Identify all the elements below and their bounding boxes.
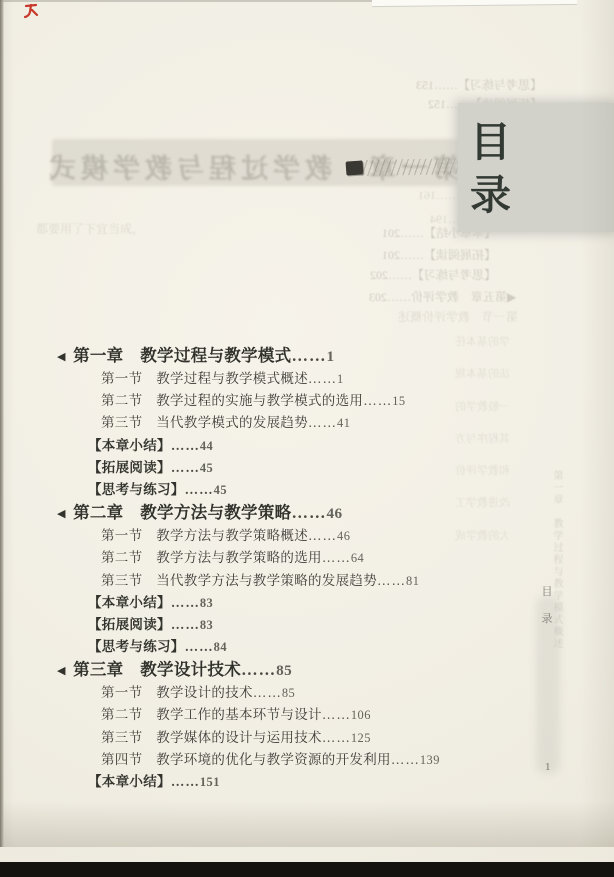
toc-section-row: 第二节 教学方法与教学策略的选用……64 <box>57 547 440 569</box>
toc-page-number: 84 <box>214 640 227 654</box>
toc-entry-title: 第二节 教学过程的实施与教学模式的选用 <box>101 393 363 408</box>
toc-entry-title: 第二节 教学工作的基本环节与设计 <box>101 707 322 722</box>
toc-entry-title: 【本章小结】 <box>88 774 171 789</box>
ghost-fragment: 法的基本规 <box>455 365 510 381</box>
toc-chapter-row: ◀第三章 教学设计技术……85 <box>57 658 440 682</box>
toc-leader-dots: …… <box>308 415 337 430</box>
chapter-arrow-icon: ◀ <box>57 665 66 677</box>
toc-bracket-row: 【思考与练习】……45 <box>57 479 440 501</box>
toc-page-number: 46 <box>326 505 342 522</box>
toc-entry-title: 第一节 教学过程与教学模式概述 <box>101 371 308 386</box>
chapter-arrow-icon: ◀ <box>57 508 66 520</box>
ghost-fragment: 其程序与方 <box>455 430 510 446</box>
toc-leader-dots: …… <box>241 660 276 679</box>
toc-leader-dots: …… <box>185 639 214 654</box>
toc-entry-title: 第三章 教学设计技术 <box>73 660 241 679</box>
toc-bracket-row: 【拓展阅读】……45 <box>57 457 440 479</box>
toc-page-number: 139 <box>420 753 440 767</box>
toc-leader-dots: …… <box>185 482 214 497</box>
toc-page-number: 44 <box>200 439 213 453</box>
toc-page-number: 41 <box>337 416 350 430</box>
toc-entry-title: 第四节 教学环境的优化与教学资源的开发利用 <box>101 752 391 767</box>
toc-leader-dots: …… <box>391 752 420 767</box>
ghost-line-left: 都要用了下宜当成， <box>36 220 144 237</box>
toc-leader-dots: …… <box>322 550 351 565</box>
running-head-char: 录 <box>540 610 554 626</box>
toc-entry-title: 第三节 当代教学模式的发展趋势 <box>101 415 308 430</box>
book-spine-edge <box>0 0 4 847</box>
toc-entry-title: 【本章小结】 <box>88 438 171 453</box>
ghost-line: 第一节 教学评价概述 <box>398 308 518 325</box>
page-title-char: 录 <box>470 175 614 216</box>
toc-entry-title: 第一节 教学设计的技术 <box>101 685 253 700</box>
page-number: 1 <box>545 761 551 773</box>
toc-page-number: 125 <box>351 731 371 745</box>
toc-bracket-row: 【本章小结】……151 <box>57 771 440 793</box>
toc-chapter-row: ◀第一章 教学过程与教学模式……1 <box>57 344 440 368</box>
toc-page-number: 85 <box>276 662 292 679</box>
toc-page-number: 85 <box>282 686 295 700</box>
toc-page-number: 106 <box>351 708 371 722</box>
table-of-contents: ◀第一章 教学过程与教学模式……1 第一节 教学过程与教学模式概述……1 第二节… <box>57 344 440 793</box>
ghost-fragment: 大的教学成 <box>455 527 510 543</box>
toc-leader-dots: …… <box>171 595 200 610</box>
toc-leader-dots: …… <box>308 528 337 543</box>
toc-page-number: 15 <box>392 394 405 408</box>
chapter-arrow-icon: ◀ <box>57 351 66 363</box>
toc-section-row: 第三节 教学媒体的设计与运用技术……125 <box>57 727 440 749</box>
scan-bottom-edge <box>0 862 614 877</box>
toc-section-row: 第三节 当代教学模式的发展趋势……41 <box>57 412 440 434</box>
toc-page-number: 46 <box>337 529 350 543</box>
toc-entry-title: 第三节 当代教学方法与教学策略的发展趋势 <box>101 573 377 588</box>
toc-leader-dots: …… <box>363 393 392 408</box>
scratch-artifact <box>361 158 473 176</box>
running-head-char: 目 <box>540 583 554 599</box>
toc-page-number: 1 <box>337 372 344 386</box>
toc-leader-dots: …… <box>291 346 326 365</box>
toc-entry-title: 第一章 教学过程与教学模式 <box>73 346 291 365</box>
toc-entry-title: 【思考与练习】 <box>88 482 185 497</box>
toc-leader-dots: …… <box>291 503 326 522</box>
toc-entry-title: 【思考与练习】 <box>88 639 185 654</box>
page-title-char: 目 <box>470 122 614 163</box>
scanned-book-page: 第一章 教学过程与教学模式 【思考与练习】……153 【拓展阅读】……152 教… <box>0 0 614 877</box>
toc-leader-dots: …… <box>171 438 200 453</box>
toc-page-number: 45 <box>214 483 227 497</box>
toc-title-block: 目 录 <box>458 103 614 232</box>
toc-section-row: 第一节 教学设计的技术……85 <box>57 682 440 704</box>
toc-section-row: 第四节 教学环境的优化与教学资源的开发利用……139 <box>57 749 440 771</box>
ghost-line: ◀第五章 教学评价……203 <box>369 288 516 305</box>
toc-leader-dots: …… <box>253 685 282 700</box>
toc-leader-dots: …… <box>377 573 406 588</box>
toc-leader-dots: …… <box>171 617 200 632</box>
toc-section-row: 第一节 教学过程与教学模式概述……1 <box>57 368 440 390</box>
toc-section-row: 第一节 教学方法与教学策略概述……46 <box>57 525 440 547</box>
toc-entry-title: 第二节 教学方法与教学策略的选用 <box>101 550 322 565</box>
toc-leader-dots: …… <box>322 707 351 722</box>
scan-top-edge <box>0 0 380 2</box>
paper-background: 第一章 教学过程与教学模式 【思考与练习】……153 【拓展阅读】……152 教… <box>0 0 614 862</box>
toc-entry-title: 【拓展阅读】 <box>88 617 171 632</box>
toc-bracket-row: 【本章小结】……83 <box>57 592 440 614</box>
toc-leader-dots: …… <box>322 730 351 745</box>
toc-page-number: 64 <box>351 551 364 565</box>
ghost-line: 【思考与练习】……153 <box>416 76 542 93</box>
ghost-fragment: 改进教学工 <box>455 494 510 510</box>
toc-bracket-row: 【思考与练习】……84 <box>57 636 440 658</box>
toc-entry-title: 第一节 教学方法与教学策略概述 <box>101 528 308 543</box>
toc-page-number: 83 <box>200 596 213 610</box>
toc-section-row: 第二节 教学工作的基本环节与设计……106 <box>57 704 440 726</box>
toc-entry-title: 第三节 教学媒体的设计与运用技术 <box>101 730 322 745</box>
toc-chapter-row: ◀第二章 教学方法与教学策略……46 <box>57 501 440 525</box>
toc-leader-dots: …… <box>308 371 337 386</box>
toc-section-row: 第三节 当代教学方法与教学策略的发展趋势……81 <box>57 570 440 592</box>
toc-bracket-row: 【本章小结】……44 <box>57 435 440 457</box>
red-corner-mark-icon <box>23 3 41 19</box>
toc-leader-dots: …… <box>171 774 200 789</box>
ghost-line: 【拓展阅读】……201 <box>382 246 496 263</box>
paper-edge-sliver <box>372 0 577 7</box>
ghost-fragment: 和教学评价 <box>455 462 510 478</box>
toc-page-number: 45 <box>200 461 213 475</box>
toc-entry-title: 【本章小结】 <box>88 595 171 610</box>
running-head: 目 录 <box>540 583 554 637</box>
ghost-line: 【思考与练习】……202 <box>370 266 496 283</box>
toc-entry-title: 第二章 教学方法与教学策略 <box>73 503 291 522</box>
toc-page-number: 81 <box>406 574 419 588</box>
toc-entry-title: 【拓展阅读】 <box>88 460 171 475</box>
toc-section-row: 第二节 教学过程的实施与教学模式的选用……15 <box>57 390 440 412</box>
ghost-fragment: 一般教学的 <box>455 398 510 414</box>
toc-page-number: 1 <box>326 348 334 365</box>
toc-page-number: 83 <box>200 618 213 632</box>
toc-leader-dots: …… <box>171 460 200 475</box>
toc-page-number: 151 <box>200 775 220 789</box>
toc-bracket-row: 【拓展阅读】……83 <box>57 614 440 636</box>
ghost-fragment: 学的基本任 <box>455 333 510 349</box>
